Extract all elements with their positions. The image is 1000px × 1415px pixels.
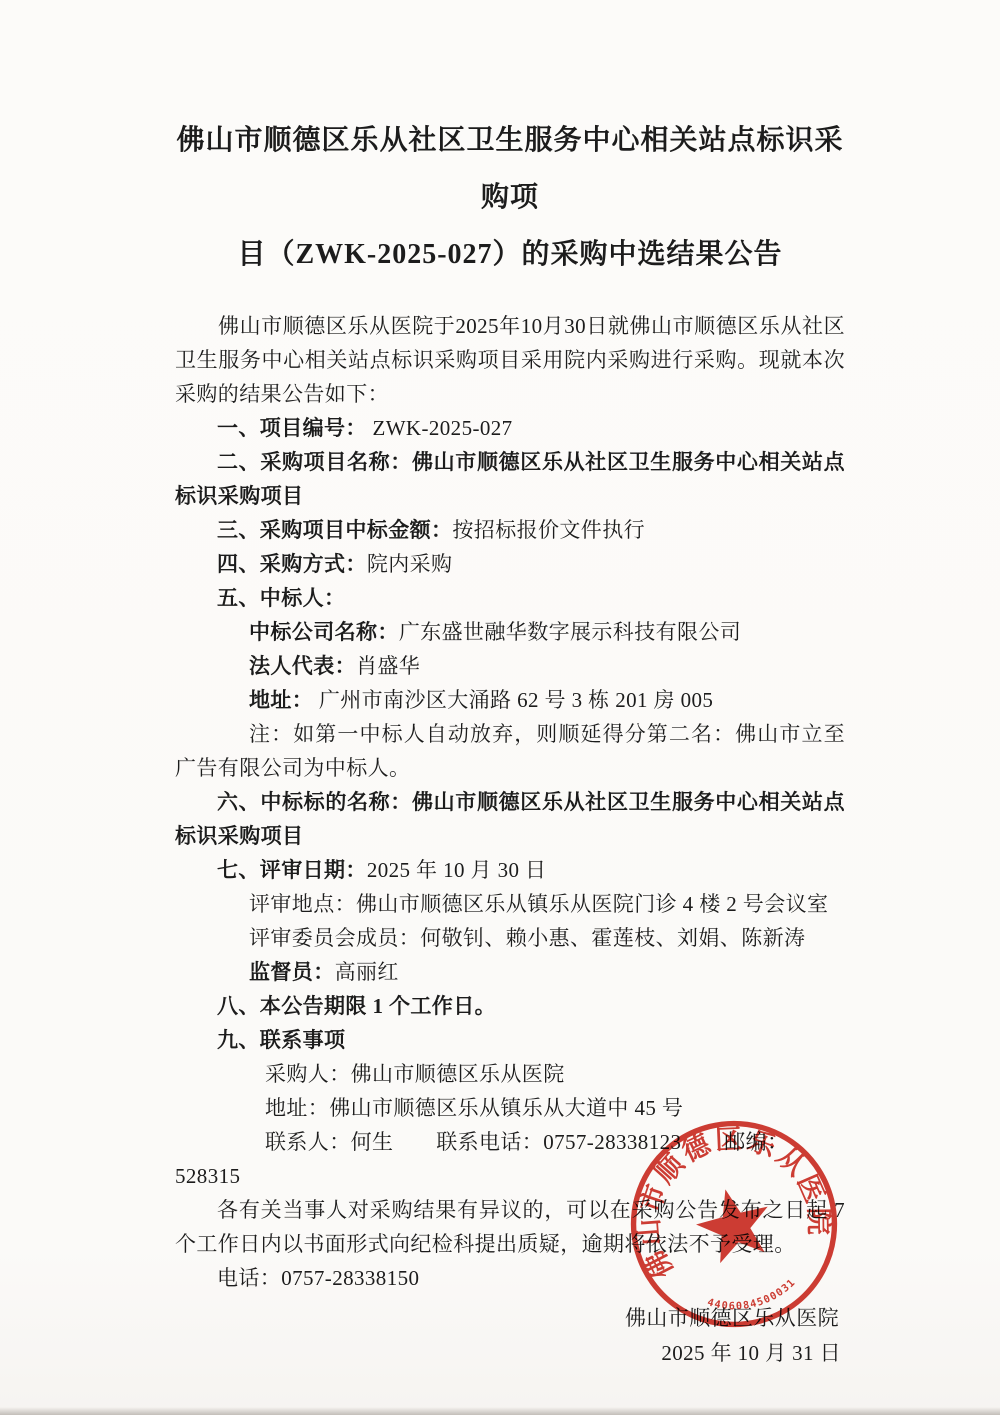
- line-review-date: 七、评审日期：2025 年 10 月 30 日: [175, 853, 845, 887]
- line-winner-heading: 五、中标人：: [175, 581, 845, 615]
- line-contact-person: 联系人：何生 联系电话：0757-28338123 邮编：528315: [175, 1125, 845, 1193]
- intro-paragraph: 佛山市顺德区乐从医院于2025年10月30日就佛山市顺德区乐从社区卫生服务中心相…: [175, 309, 845, 411]
- line-note: 注：如第一中标人自动放弃，则顺延得分第二名：佛山市立至广告有限公司为中标人。: [175, 717, 845, 785]
- line-winner-company: 中标公司名称：广东盛世融华数字展示科技有限公司: [175, 615, 845, 649]
- line-review-committee: 评审委员会成员：何敬钊、赖小惠、霍莲枝、刘娟、陈新涛: [175, 921, 845, 955]
- line-purchaser-address: 地址：佛山市顺德区乐从镇乐从大道中 45 号: [175, 1091, 845, 1125]
- scan-bottom-edge-shadow: [0, 1407, 1000, 1415]
- line-award-amount: 三、采购项目中标金额：按招标报价文件执行: [175, 513, 845, 547]
- line-project-name: 二、采购项目名称：佛山市顺德区乐从社区卫生服务中心相关站点标识采购项目: [175, 445, 845, 513]
- title-line-2: 目（ZWK-2025-027）的采购中选结果公告: [175, 226, 845, 283]
- line-notice-period: 八、本公告期限 1 个工作日。: [175, 989, 845, 1023]
- line-contact-heading: 九、联系事项: [175, 1023, 845, 1057]
- line-winner-address: 地址： 广州市南沙区大涌路 62 号 3 栋 201 房 005: [175, 683, 845, 717]
- line-objection-notice: 各有关当事人对采购结果有异议的，可以在采购公告发布之日起 7 个工作日内以书面形…: [175, 1193, 845, 1261]
- line-purchaser: 采购人：佛山市顺德区乐从医院: [175, 1057, 845, 1091]
- signature-date: 2025 年 10 月 31 日: [175, 1336, 845, 1371]
- line-phone: 电话：0757-28338150: [175, 1261, 845, 1295]
- signature-block: 佛山市顺德区乐从医院 2025 年 10 月 31 日: [175, 1301, 845, 1371]
- line-procurement-method: 四、采购方式：院内采购: [175, 547, 845, 581]
- scanned-document-page: 佛山市顺德区乐从社区卫生服务中心相关站点标识采购项 目（ZWK-2025-027…: [0, 0, 1000, 1415]
- signature-organization: 佛山市顺德区乐从医院: [175, 1301, 845, 1336]
- line-legal-representative: 法人代表：肖盛华: [175, 649, 845, 683]
- document-title: 佛山市顺德区乐从社区卫生服务中心相关站点标识采购项 目（ZWK-2025-027…: [175, 112, 845, 283]
- line-supervisor: 监督员：高丽红: [175, 955, 845, 989]
- line-project-number: 一、项目编号： ZWK-2025-027: [175, 411, 845, 445]
- title-line-1: 佛山市顺德区乐从社区卫生服务中心相关站点标识采购项: [175, 112, 845, 226]
- line-review-location: 评审地点：佛山市顺德区乐从镇乐从医院门诊 4 楼 2 号会议室: [175, 887, 845, 921]
- line-award-subject: 六、中标标的名称：佛山市顺德区乐从社区卫生服务中心相关站点标识采购项目: [175, 785, 845, 853]
